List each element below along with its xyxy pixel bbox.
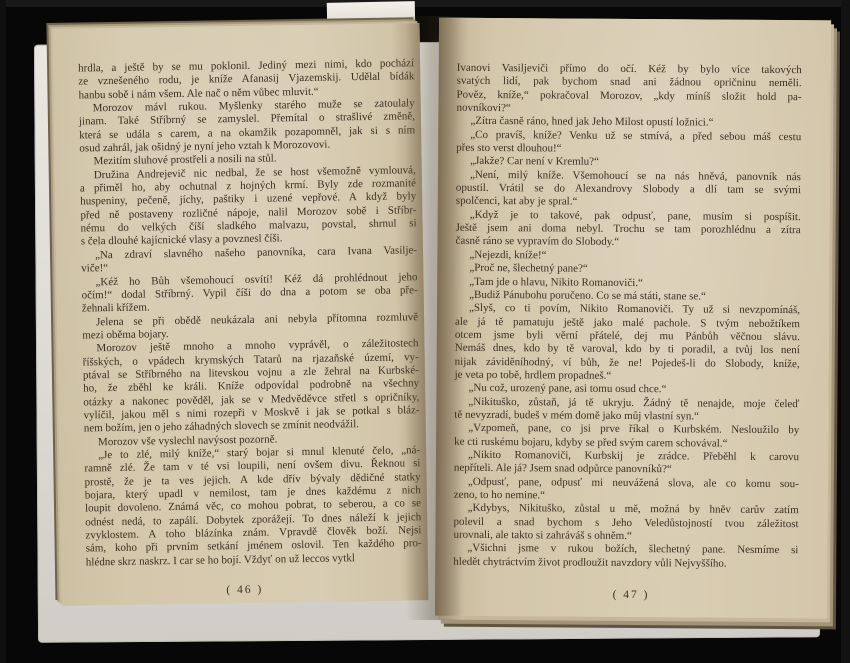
- paragraph: „Je to zlé, milý kníže,“ starý bojar si …: [84, 444, 422, 569]
- paragraph: „Nikito Romanoviči, Kurbskij je zrádce. …: [454, 449, 799, 478]
- right-page-text: Ivanovi Vasiljeviči přímo do očí. Kéž by…: [453, 62, 802, 571]
- left-page: hrdla, a ještě by se mu poklonil. Jediný…: [52, 23, 428, 606]
- paragraph: „Všichni jsme v rukou božích, šlechetný …: [453, 542, 798, 571]
- right-page-number: ( 47 ): [435, 588, 827, 603]
- paragraph: „Není, milý kníže. Všemohoucí se na nás …: [456, 169, 801, 211]
- paragraph: „Odpusť, pane, odpusť mi neuvážená slova…: [454, 475, 799, 504]
- paragraph: „Slyš, co ti povím, Nikito Romanoviči. T…: [455, 302, 801, 384]
- paragraph: Morozov ještě mnoho a mnoho vyprávěl, o …: [82, 337, 419, 436]
- scanned-book-spread: hrdla, a ještě by se mu poklonil. Jediný…: [0, 0, 850, 663]
- paragraph: „Vzpomeň, pane, co jsi prve říkal o Kurb…: [454, 422, 799, 451]
- paragraph: Ivanovi Vasiljeviči přímo do očí. Kéž by…: [456, 62, 801, 118]
- paragraph: „Když je to takové, pak odpusť, pane, mu…: [455, 209, 800, 251]
- left-page-text: hrdla, a ještě by se mu poklonil. Jediný…: [78, 57, 422, 569]
- paragraph: „Kdybys, Nikituško, zůstal u mě, možná b…: [453, 502, 798, 544]
- paragraph: „Co pravíš, kníže? Venku už se stmívá, a…: [456, 128, 801, 157]
- paragraph: hrdla, a ještě by se mu poklonil. Jediný…: [78, 57, 415, 102]
- right-page: Ivanovi Vasiljeviči přímo do očí. Kéž by…: [435, 18, 831, 619]
- paragraph: „Nikituško, zůstaň, já tě ukryju. Žádný …: [454, 395, 799, 424]
- paragraph: Družina Andrejevič nic nedbal, že se hos…: [80, 164, 417, 249]
- paragraph: „Kéž ho Bůh všemohoucí osvítí! Kéž dá pr…: [81, 271, 418, 316]
- paragraph: Morozov mávl rukou. Myšlenky starého muž…: [79, 97, 416, 156]
- photo-frame-right: [841, 0, 850, 663]
- left-page-number: ( 46 ): [61, 581, 428, 599]
- photo-frame-left: [0, 0, 6, 663]
- text-line: hledět chytráctvím život prodloužit navz…: [453, 555, 798, 571]
- photo-frame-top: [0, 0, 850, 7]
